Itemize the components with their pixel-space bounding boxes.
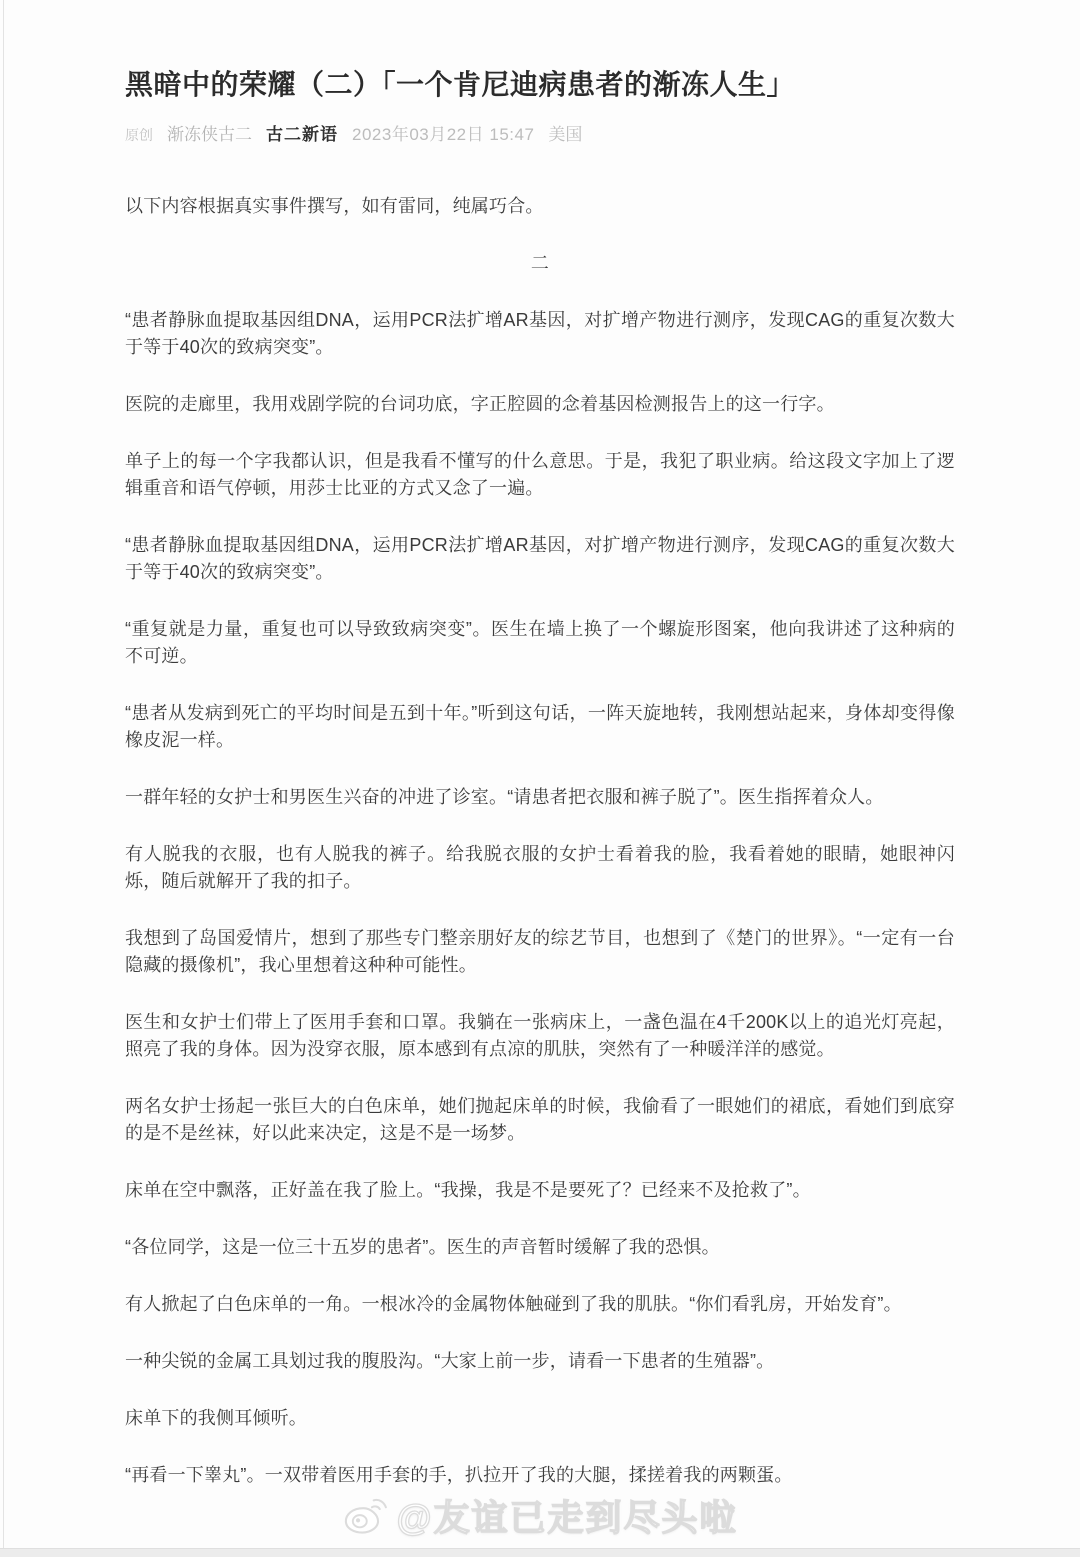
article-paragraph: “再看一下睾丸”。一双带着医用手套的手，扒拉开了我的大腿，揉搓着我的两颗蛋。 (125, 1462, 955, 1489)
article-paragraph: 一种尖锐的金属工具划过我的腹股沟。“大家上前一步，请看一下患者的生殖器”。 (125, 1348, 955, 1375)
page-title: 黑暗中的荣耀（二）「一个肯尼迪病患者的渐冻人生」 (125, 66, 955, 104)
article-paragraph: “重复就是力量，重复也可以导致致病突变”。医生在墙上换了一个螺旋形图案，他向我讲… (125, 616, 955, 670)
left-edge-divider (3, 0, 4, 1557)
article-paragraph: 两名女护士扬起一张巨大的白色床单，她们抛起床单的时候，我偷看了一眼她们的裙底，看… (125, 1093, 955, 1147)
article-paragraph: “患者静脉血提取基因组DNA，运用PCR法扩增AR基因，对扩增产物进行测序，发现… (125, 307, 955, 361)
article-paragraph: 二 (125, 250, 955, 277)
article-paragraph: “患者从发病到死亡的平均时间是五到十年。”听到这句话，一阵天旋地转，我刚想站起来… (125, 700, 955, 754)
watermark-text: @友谊已走到尽头啦 (396, 1490, 737, 1541)
publish-datetime: 2023年03月22日 15:47 (352, 120, 534, 145)
original-badge: 原创 (125, 125, 153, 145)
weibo-icon (342, 1496, 388, 1536)
article-paragraph: 床单在空中飘落，正好盖在我了脸上。“我操，我是不是要死了？已经来不及抢救了”。 (125, 1177, 955, 1204)
weibo-watermark: @友谊已走到尽头啦 (0, 1490, 1080, 1541)
article-paragraph: 有人脱我的衣服，也有人脱我的裤子。给我脱衣服的女护士看着我的脸，我看着她的眼睛，… (125, 841, 955, 895)
article-paragraph: 以下内容根据真实事件撰写，如有雷同，纯属巧合。 (125, 193, 955, 220)
author-link[interactable]: 渐冻侠古二 (167, 120, 252, 145)
publish-location: 美国 (548, 120, 582, 145)
bottom-strip (0, 1548, 1080, 1557)
article-paragraph: 我想到了岛国爱情片，想到了那些专门整亲朋好友的综艺节目，也想到了《楚门的世界》。… (125, 925, 955, 979)
article-paragraph: 有人掀起了白色床单的一角。一根冰冷的金属物体触碰到了我的肌肤。“你们看乳房，开始… (125, 1291, 955, 1318)
article-paragraph: “患者静脉血提取基因组DNA，运用PCR法扩增AR基因，对扩增产物进行测序，发现… (125, 532, 955, 586)
article-paragraph: 医院的走廊里，我用戏剧学院的台词功底，字正腔圆的念着基因检测报告上的这一行字。 (125, 391, 955, 418)
article-page: 黑暗中的荣耀（二）「一个肯尼迪病患者的渐冻人生」 原创 渐冻侠古二 古二新语 2… (0, 0, 1080, 1557)
article-paragraph: “各位同学，这是一位三十五岁的患者”。医生的声音暂时缓解了我的恐惧。 (125, 1234, 955, 1261)
article-paragraph: 医生和女护士们带上了医用手套和口罩。我躺在一张病床上，一盏色温在4千200K以上… (125, 1009, 955, 1063)
account-link[interactable]: 古二新语 (266, 120, 338, 145)
article-body: 以下内容根据真实事件撰写，如有雷同，纯属巧合。二“患者静脉血提取基因组DNA，运… (125, 193, 955, 1489)
byline: 原创 渐冻侠古二 古二新语 2023年03月22日 15:47 美国 (125, 120, 955, 145)
article-paragraph: 一群年轻的女护士和男医生兴奋的冲进了诊室。“请患者把衣服和裤子脱了”。医生指挥着… (125, 784, 955, 811)
article-content: 黑暗中的荣耀（二）「一个肯尼迪病患者的渐冻人生」 原创 渐冻侠古二 古二新语 2… (125, 0, 955, 1489)
article-paragraph: 床单下的我侧耳倾听。 (125, 1405, 955, 1432)
article-paragraph: 单子上的每一个字我都认识，但是我看不懂写的什么意思。于是，我犯了职业病。给这段文… (125, 448, 955, 502)
